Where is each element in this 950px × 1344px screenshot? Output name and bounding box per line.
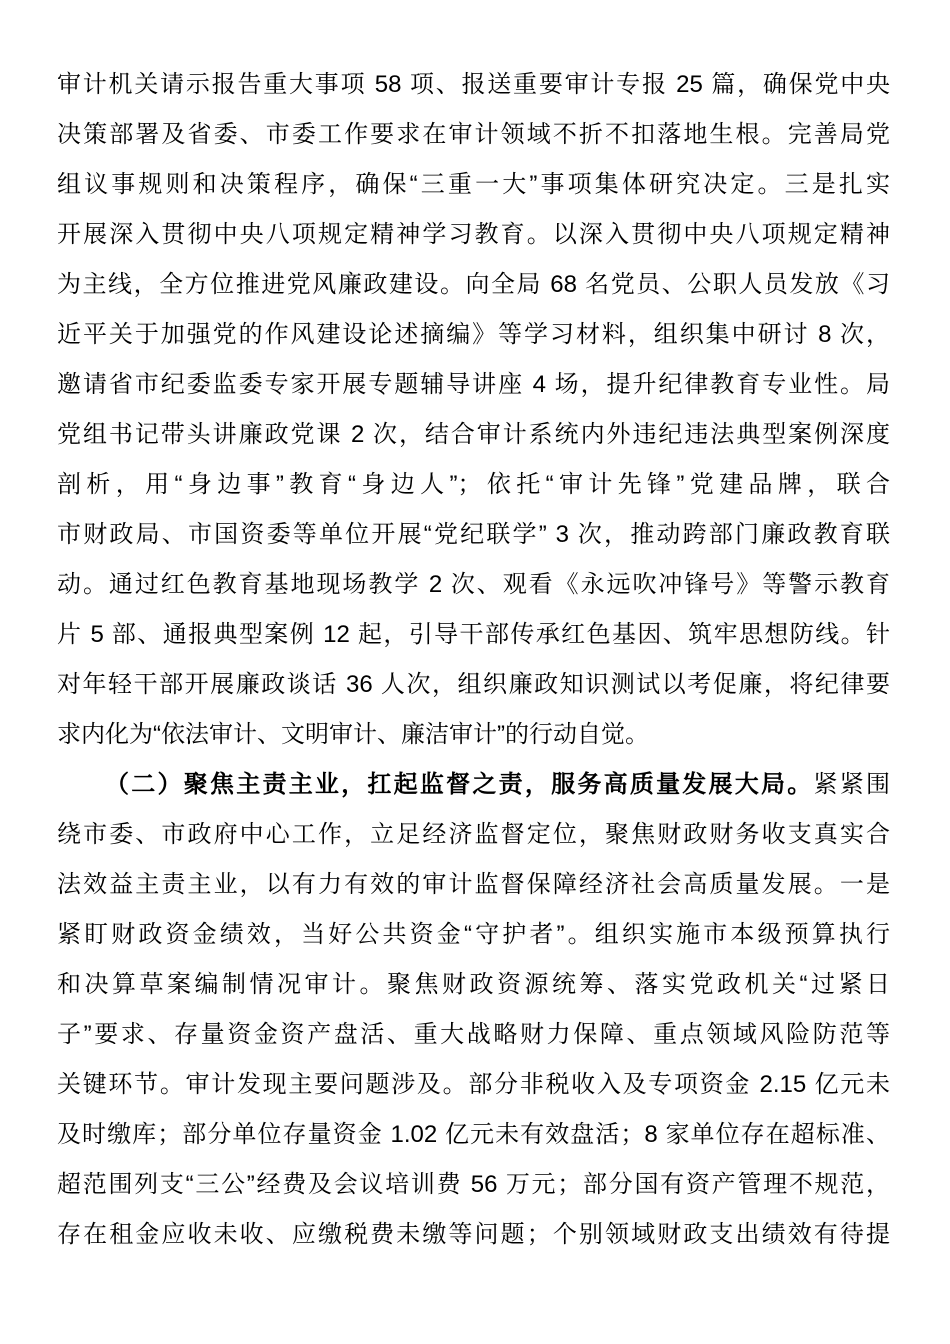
- body-text: 剖析，用“身边事”教育“身边人”；依托“审计先锋”党建品牌，联合: [57, 471, 890, 498]
- text-line: 开展深入贯彻中央八项规定精神学习教育。以深入贯彻中央八项规定精神: [57, 210, 890, 260]
- text-line: 求内化为“依法审计、文明审计、廉洁审计”的行动自觉。: [57, 710, 890, 760]
- body-text: 紧盯财政资金绩效，当好公共资金“守护者”。组织实施市本级预算执行: [57, 921, 890, 948]
- body-text: 市财政局、市国资委等单位开展“党纪联学” 3 次，推动跨部门廉政教育联: [57, 521, 890, 548]
- text-line: 对年轻干部开展廉政谈话 36 人次，组织廉政知识测试以考促廉，将纪律要: [57, 660, 890, 710]
- body-text: 超范围列支“三公”经费及会议培训费 56 万元；部分国有资产管理不规范，: [57, 1171, 890, 1198]
- body-text: 紧紧围: [814, 771, 890, 798]
- document-page: 审计机关请示报告重大事项 58 项、报送重要审计专报 25 篇，确保党中央决策部…: [0, 0, 950, 1344]
- body-text: 及时缴库；部分单位存量资金 1.02 亿元未有效盘活；8 家单位存在超标准、: [57, 1121, 890, 1148]
- text-line: 剖析，用“身边事”教育“身边人”；依托“审计先锋”党建品牌，联合: [57, 460, 890, 510]
- text-line: 超范围列支“三公”经费及会议培训费 56 万元；部分国有资产管理不规范，: [57, 1160, 890, 1210]
- text-line: 邀请省市纪委监委专家开展专题辅导讲座 4 场，提升纪律教育专业性。局: [57, 360, 890, 410]
- text-line: （二）聚焦主责主业，扛起监督之责，服务高质量发展大局。紧紧围: [57, 760, 890, 810]
- text-line: 市财政局、市国资委等单位开展“党纪联学” 3 次，推动跨部门廉政教育联: [57, 510, 890, 560]
- document-text-block: 审计机关请示报告重大事项 58 项、报送重要审计专报 25 篇，确保党中央决策部…: [57, 60, 890, 1260]
- text-line: 近平关于加强党的作风建设论述摘编》等学习材料，组织集中研讨 8 次，: [57, 310, 890, 360]
- body-text: 开展深入贯彻中央八项规定精神学习教育。以深入贯彻中央八项规定精神: [57, 221, 890, 248]
- text-line: 存在租金应收未收、应缴税费未缴等问题；个别领域财政支出绩效有待提: [57, 1210, 890, 1260]
- body-text: 和决算草案编制情况审计。聚焦财政资源统筹、落实党政机关“过紧日: [57, 971, 890, 998]
- body-text: 动。通过红色教育基地现场教学 2 次、观看《永远吹冲锋号》等警示教育: [57, 571, 890, 598]
- body-text: 审计机关请示报告重大事项 58 项、报送重要审计专报 25 篇，确保党中央: [57, 71, 890, 98]
- body-text: 对年轻干部开展廉政谈话 36 人次，组织廉政知识测试以考促廉，将纪律要: [57, 671, 890, 698]
- text-line: 党组书记带头讲廉政党课 2 次，结合审计系统内外违纪违法典型案例深度: [57, 410, 890, 460]
- body-text: 关键环节。审计发现主要问题涉及。部分非税收入及专项资金 2.15 亿元未: [57, 1071, 890, 1098]
- body-text: 决策部署及省委、市委工作要求在审计领域不折不扣落地生根。完善局党: [57, 121, 890, 148]
- body-text: 近平关于加强党的作风建设论述摘编》等学习材料，组织集中研讨 8 次，: [57, 321, 890, 348]
- text-line: 关键环节。审计发现主要问题涉及。部分非税收入及专项资金 2.15 亿元未: [57, 1060, 890, 1110]
- body-text: 存在租金应收未收、应缴税费未缴等问题；个别领域财政支出绩效有待提: [57, 1221, 890, 1248]
- body-text: 求内化为“依法审计、文明审计、廉洁审计”的行动自觉。: [57, 721, 649, 748]
- text-line: 为主线，全方位推进党风廉政建设。向全局 68 名党员、公职人员发放《习: [57, 260, 890, 310]
- body-text: 党组书记带头讲廉政党课 2 次，结合审计系统内外违纪违法典型案例深度: [57, 421, 890, 448]
- body-text: 法效益主责主业，以有力有效的审计监督保障经济社会高质量发展。一是: [57, 871, 890, 898]
- body-text: 邀请省市纪委监委专家开展专题辅导讲座 4 场，提升纪律教育专业性。局: [57, 371, 890, 398]
- text-line: 和决算草案编制情况审计。聚焦财政资源统筹、落实党政机关“过紧日: [57, 960, 890, 1010]
- text-line: 子”要求、存量资金资产盘活、重大战略财力保障、重点领域风险防范等: [57, 1010, 890, 1060]
- text-line: 及时缴库；部分单位存量资金 1.02 亿元未有效盘活；8 家单位存在超标准、: [57, 1110, 890, 1160]
- section-heading-text: （二）聚焦主责主业，扛起监督之责，服务高质量发展大局。: [105, 771, 814, 798]
- body-text: 组议事规则和决策程序，确保“三重一大”事项集体研究决定。三是扎实: [57, 171, 890, 198]
- body-text: 片 5 部、通报典型案例 12 起，引导干部传承红色基因、筑牢思想防线。针: [57, 621, 890, 648]
- text-line: 片 5 部、通报典型案例 12 起，引导干部传承红色基因、筑牢思想防线。针: [57, 610, 890, 660]
- body-text: 绕市委、市政府中心工作，立足经济监督定位，聚焦财政财务收支真实合: [57, 821, 890, 848]
- text-line: 绕市委、市政府中心工作，立足经济监督定位，聚焦财政财务收支真实合: [57, 810, 890, 860]
- text-line: 动。通过红色教育基地现场教学 2 次、观看《永远吹冲锋号》等警示教育: [57, 560, 890, 610]
- text-line: 审计机关请示报告重大事项 58 项、报送重要审计专报 25 篇，确保党中央: [57, 60, 890, 110]
- text-line: 紧盯财政资金绩效，当好公共资金“守护者”。组织实施市本级预算执行: [57, 910, 890, 960]
- body-text: 为主线，全方位推进党风廉政建设。向全局 68 名党员、公职人员发放《习: [57, 271, 890, 298]
- body-text: 子”要求、存量资金资产盘活、重大战略财力保障、重点领域风险防范等: [57, 1021, 890, 1048]
- text-line: 组议事规则和决策程序，确保“三重一大”事项集体研究决定。三是扎实: [57, 160, 890, 210]
- text-line: 法效益主责主业，以有力有效的审计监督保障经济社会高质量发展。一是: [57, 860, 890, 910]
- text-line: 决策部署及省委、市委工作要求在审计领域不折不扣落地生根。完善局党: [57, 110, 890, 160]
